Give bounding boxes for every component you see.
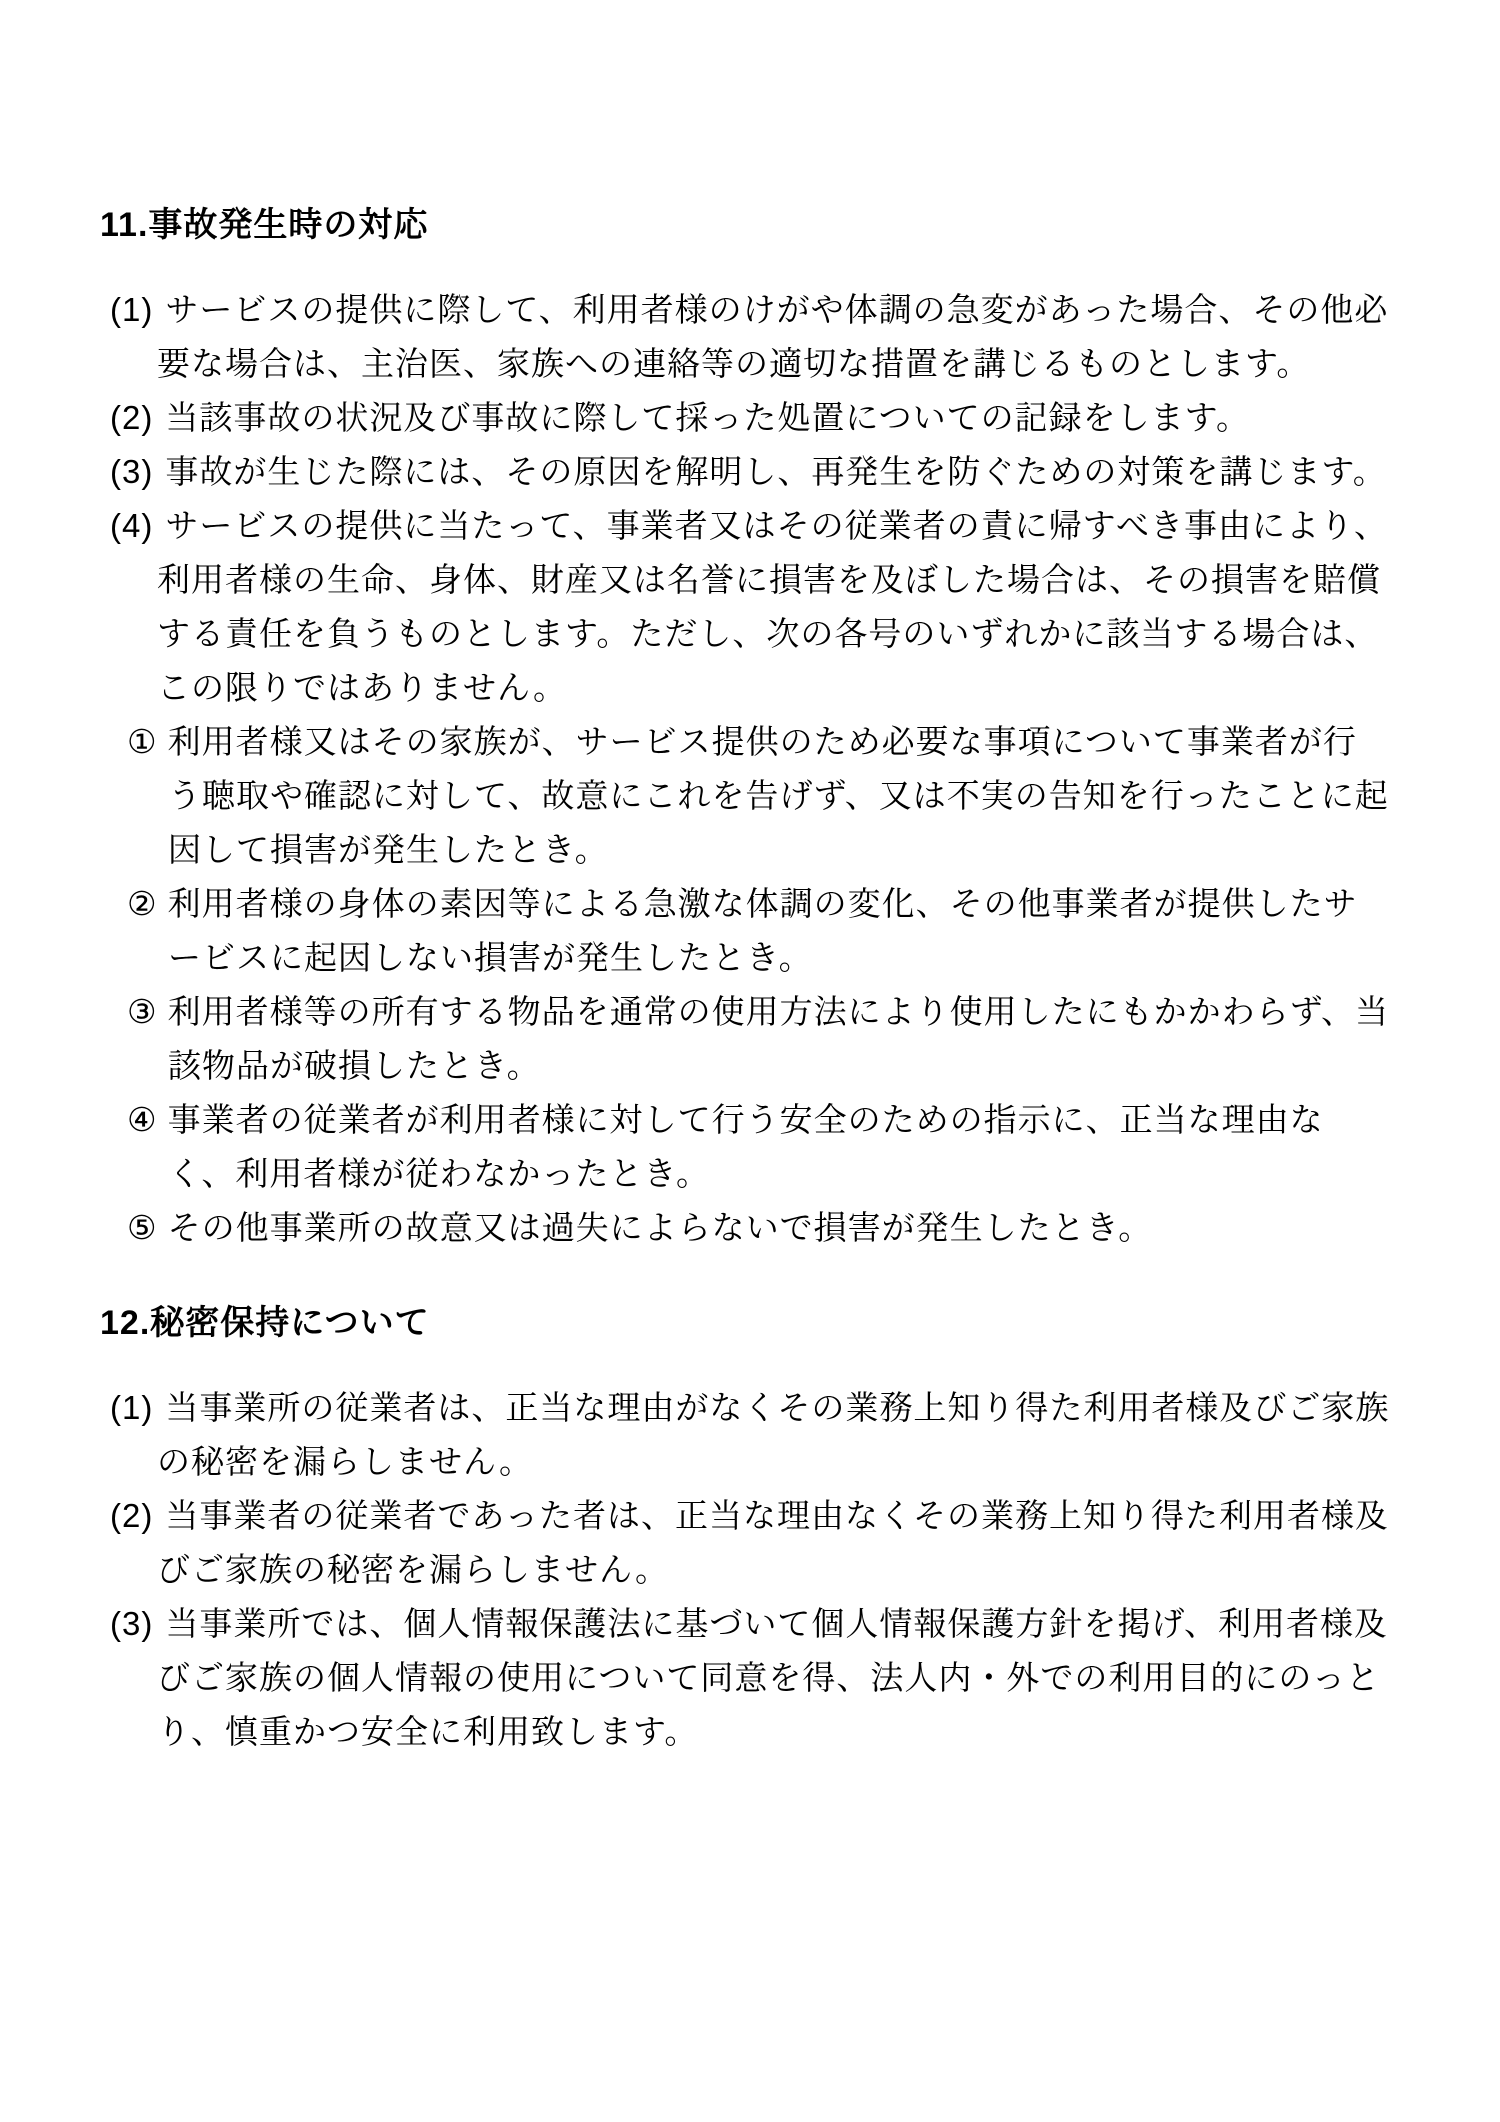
list-item: (3)当事業所では、個人情報保護法に基づいて個人情報保護方針を掲げ、利用者様及び… [100,1597,1390,1759]
section-heading: 11.事故発生時の対応 [100,198,1390,252]
section-confidentiality: 12.秘密保持について (1)当事業所の従業者は、正当な理由がなくその業務上知り… [100,1296,1390,1759]
sub-item-list: ①利用者様又はその家族が、サービス提供のため必要な事項について事業者が行う聴取や… [100,715,1390,1255]
list-item: (4)サービスの提供に当たって、事業者又はその従業者の責に帰すべき事由により、利… [100,499,1390,715]
item-label: (3) [110,453,153,490]
document-page: 11.事故発生時の対応 (1)サービスの提供に際して、利用者様のけがや体調の急変… [0,0,1500,2122]
section-accident-response: 11.事故発生時の対応 (1)サービスの提供に際して、利用者様のけがや体調の急変… [100,198,1390,1255]
subitem-text: 事業者の従業者が利用者様に対して行う安全のための指示に、正当な理由なく、利用者様… [168,1101,1324,1192]
section-number: 11. [100,206,148,244]
subitem-label: ④ [127,1101,158,1138]
sub-list-item: ⑤その他事業所の故意又は過失によらないで損害が発生したとき。 [100,1201,1390,1255]
sub-list-item: ④事業者の従業者が利用者様に対して行う安全のための指示に、正当な理由なく、利用者… [100,1093,1390,1201]
section-number: 12. [100,1304,150,1342]
item-text: サービスの提供に当たって、事業者又はその従業者の責に帰すべき事由により、利用者様… [157,507,1388,706]
item-text: 当該事故の状況及び事故に際して採った処置についての記録をします。 [165,399,1250,436]
section-title: 事故発生時の対応 [148,206,428,244]
section-heading: 12.秘密保持について [100,1296,1390,1350]
item-label: (1) [110,1389,153,1426]
list-item: (3)事故が生じた際には、その原因を解明し、再発生を防ぐための対策を講じます。 [100,445,1390,499]
item-text: 当事業所の従業者は、正当な理由がなくその業務上知り得た利用者様及びご家族の秘密を… [157,1389,1389,1480]
subitem-label: ⑤ [127,1209,158,1246]
item-text: 事故が生じた際には、その原因を解明し、再発生を防ぐための対策を講じます。 [165,453,1386,490]
subitem-label: ① [127,723,158,760]
item-label: (2) [110,1497,153,1534]
subitem-text: その他事業所の故意又は過失によらないで損害が発生したとき。 [168,1209,1153,1246]
subitem-label: ③ [127,993,158,1030]
list-item: (2)当該事故の状況及び事故に際して採った処置についての記録をします。 [100,391,1390,445]
item-label: (1) [110,291,153,328]
subitem-text: 利用者様の身体の素因等による急激な体調の変化、その他事業者が提供したサービスに起… [168,885,1358,976]
section-title: 秘密保持について [150,1304,429,1342]
sub-list-item: ①利用者様又はその家族が、サービス提供のため必要な事項について事業者が行う聴取や… [100,715,1390,877]
item-label: (3) [110,1605,153,1642]
subitem-text: 利用者様又はその家族が、サービス提供のため必要な事項について事業者が行う聴取や確… [168,723,1389,868]
subitem-text: 利用者様等の所有する物品を通常の使用方法により使用したにもかかわらず、当該物品が… [168,993,1389,1084]
list-item: (1)サービスの提供に際して、利用者様のけがや体調の急変があった場合、その他必要… [100,283,1390,391]
sub-list-item: ②利用者様の身体の素因等による急激な体調の変化、その他事業者が提供したサービスに… [100,877,1390,985]
subitem-label: ② [127,885,158,922]
list-item: (2)当事業者の従業者であった者は、正当な理由なくその業務上知り得た利用者様及び… [100,1489,1390,1597]
item-text: 当事業所では、個人情報保護法に基づいて個人情報保護方針を掲げ、利用者様及びご家族… [157,1605,1388,1750]
item-label: (4) [110,507,153,544]
list-item: (1)当事業所の従業者は、正当な理由がなくその業務上知り得た利用者様及びご家族の… [100,1381,1390,1489]
item-text: 当事業者の従業者であった者は、正当な理由なくその業務上知り得た利用者様及びご家族… [157,1497,1389,1588]
item-label: (2) [110,399,153,436]
sub-list-item: ③利用者様等の所有する物品を通常の使用方法により使用したにもかかわらず、当該物品… [100,985,1390,1093]
item-text: サービスの提供に際して、利用者様のけがや体調の急変があった場合、その他必要な場合… [157,291,1388,382]
